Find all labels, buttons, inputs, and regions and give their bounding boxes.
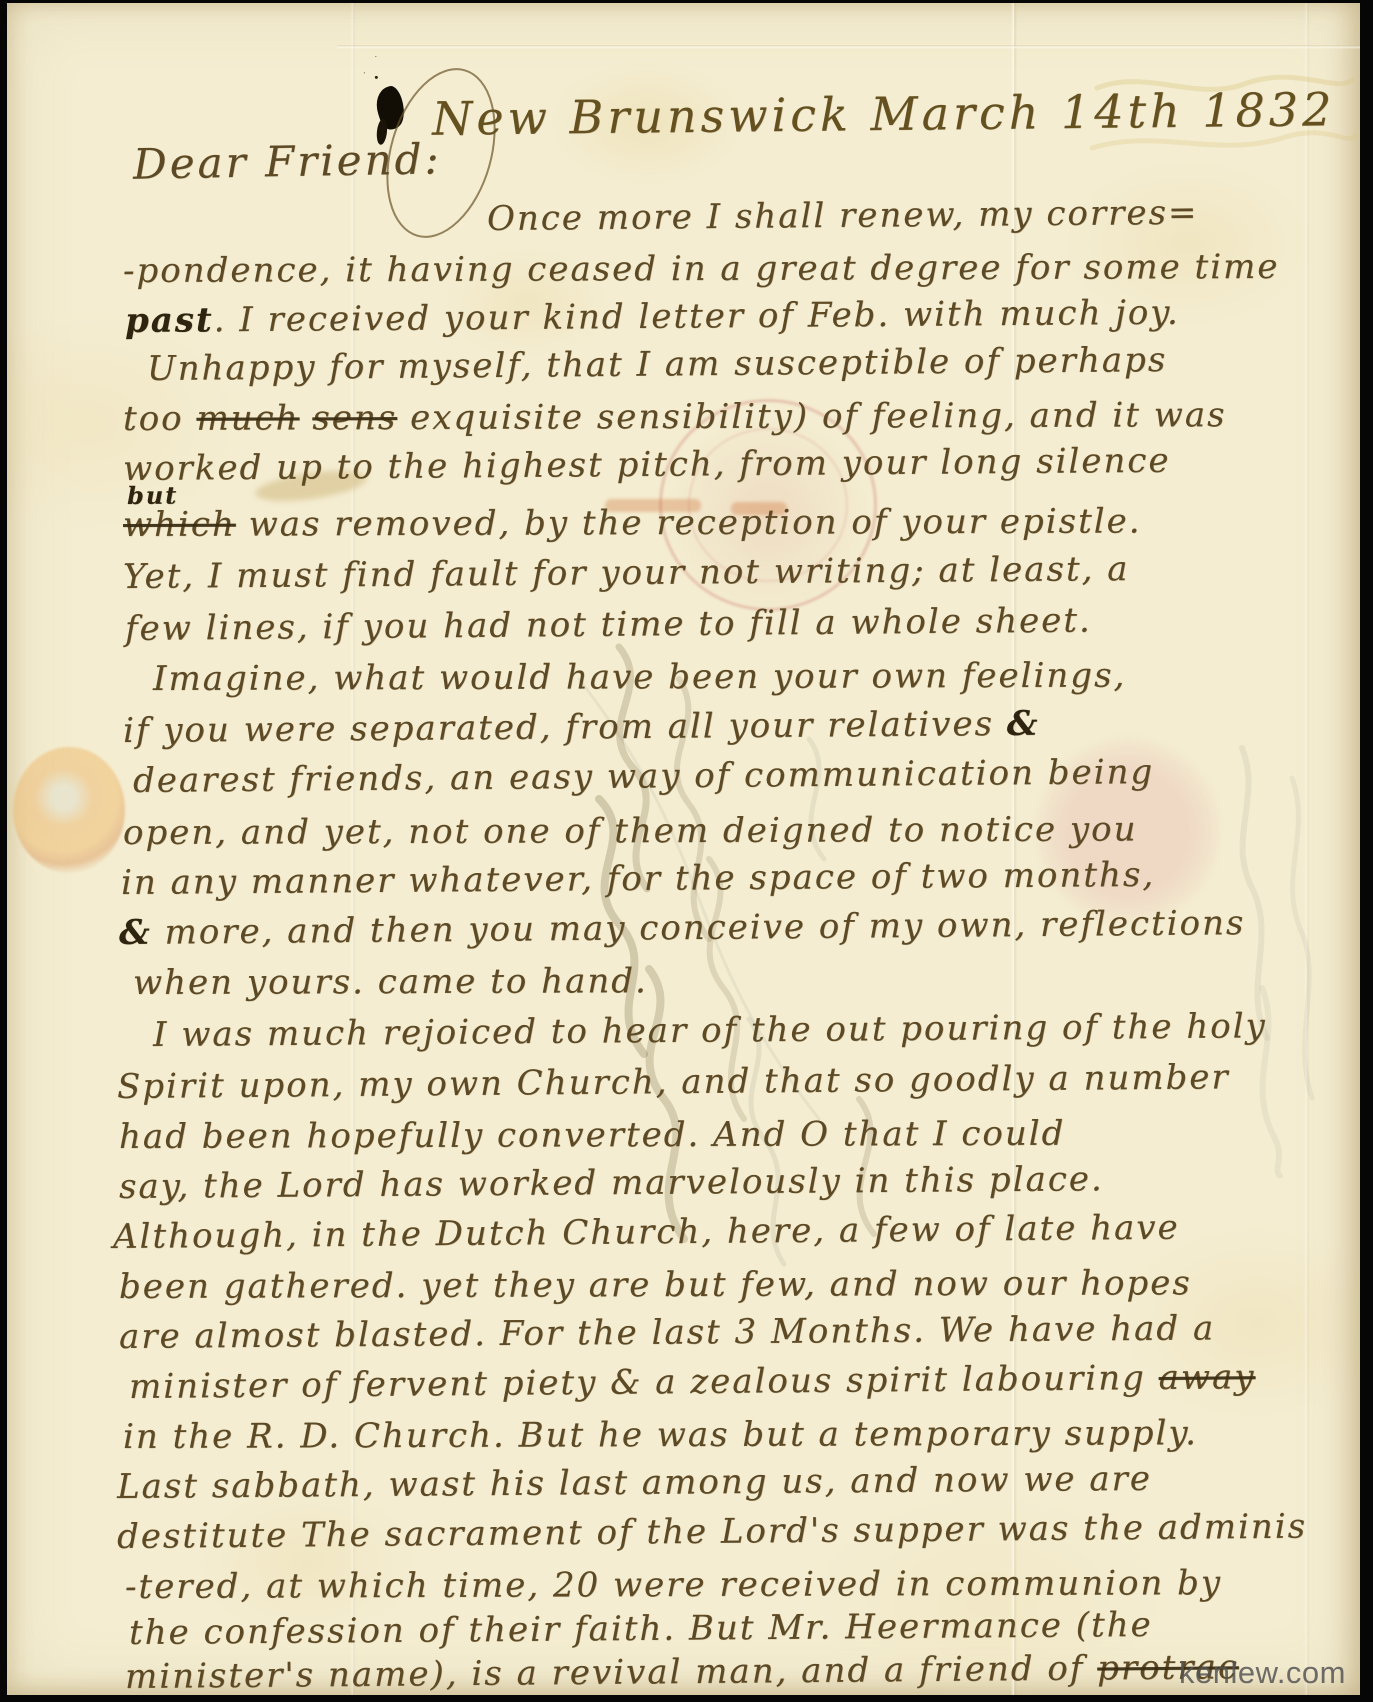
ink-blot — [371, 84, 410, 132]
letter-line: in the R. D. Church. But he was but a te… — [123, 1413, 1198, 1457]
letter-paper: New Brunswick March 14th 1832 Dear Frien… — [7, 3, 1360, 1695]
letter-line: minister of fervent piety & a zealous sp… — [129, 1357, 1256, 1407]
letter-line: Although, in the Dutch Church, here, a f… — [113, 1208, 1180, 1257]
letter-line: dearest friends, an easy way of communic… — [133, 752, 1155, 801]
letter-line: had been hopefully converted. And O that… — [119, 1114, 1066, 1157]
fold-crease-vertical-right — [1304, 3, 1310, 1695]
letter-line: worked up to the highest pitch, from you… — [123, 441, 1171, 489]
ink-bleedthrough-right — [1202, 738, 1352, 1178]
letter-line: say, the Lord has worked marvelously in … — [119, 1159, 1104, 1207]
letter-line: Yet, I must find fault for your not writ… — [123, 549, 1130, 597]
letter-line: the confession of their faith. But Mr. H… — [129, 1605, 1153, 1653]
fold-crease-horizontal-top — [337, 45, 1360, 49]
letter-line: minister's name), is a revival man, and … — [125, 1647, 1239, 1695]
letter-line: Once more I shall renew, my corres= — [487, 193, 1199, 239]
letter-line: are almost blasted. For the last 3 Month… — [119, 1308, 1216, 1357]
letter-salutation: Dear Friend: — [133, 134, 442, 188]
letter-dateline: New Brunswick March 14th 1832 — [432, 82, 1336, 145]
letter-line: Imagine, what would have been your own f… — [153, 656, 1126, 699]
letter-line: past. I received your kind letter of Feb… — [125, 293, 1180, 341]
letter-line: when yours. came to hand. — [133, 961, 648, 1003]
letter-line: -pondence, it having ceased in a great d… — [123, 247, 1280, 291]
letter-line: & more, and then you may conceive of my … — [119, 903, 1246, 953]
wax-seal-stain — [13, 747, 125, 873]
letter-line: few lines, if you had not time to fill a… — [125, 601, 1092, 649]
letter-line: too much sens exquisite sensibility) of … — [123, 395, 1227, 439]
letter-line: Spirit upon, my own Church, and that so … — [117, 1057, 1230, 1107]
scanned-letter: New Brunswick March 14th 1832 Dear Frien… — [0, 0, 1373, 1702]
letter-line: in any manner whatever, for the space of… — [121, 855, 1155, 903]
letter-line: open, and yet, not one of them deigned t… — [123, 809, 1138, 853]
letter-line: I was much rejoiced to hear of the out p… — [153, 1006, 1267, 1055]
letter-line: destitute The sacrament of the Lord's su… — [117, 1507, 1307, 1557]
letter-line: -tered, at which time, 20 were received … — [125, 1563, 1222, 1607]
letter-line: if you were separated, from all your rel… — [123, 704, 1040, 751]
letter-line: which was removed, by the reception of y… — [123, 501, 1142, 545]
watermark: kenlew.com — [1179, 1655, 1346, 1691]
letter-line: Last sabbath, wast his last among us, an… — [117, 1459, 1152, 1507]
letter-line: been gathered. yet they are but few, and… — [119, 1263, 1192, 1307]
